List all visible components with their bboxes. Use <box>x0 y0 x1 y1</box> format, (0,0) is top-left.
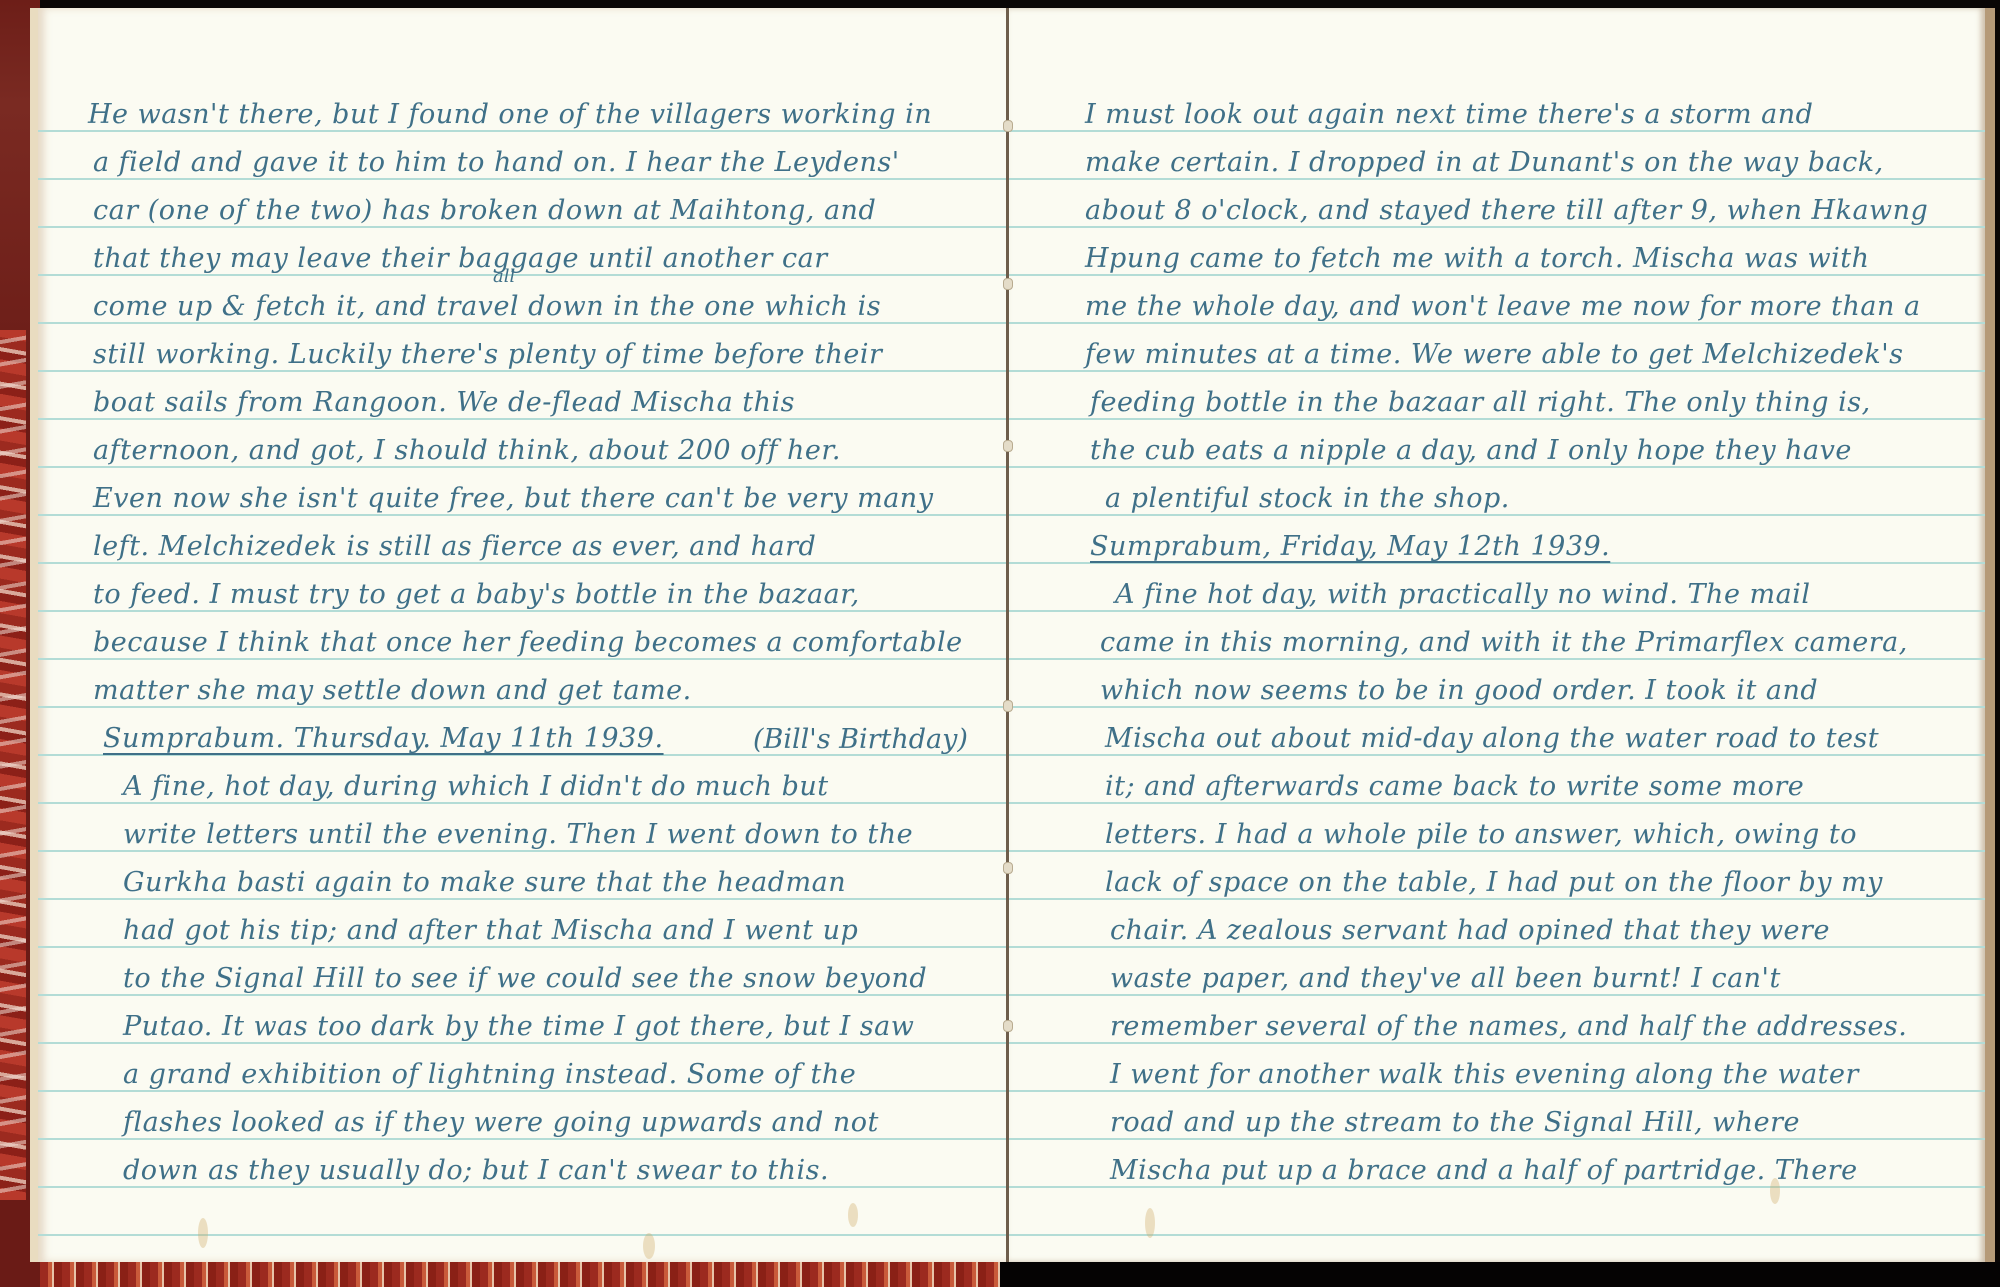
diary-line: to feed. I must try to get a baby's bott… <box>93 580 860 610</box>
background-shadow <box>1000 1262 2000 1287</box>
book-spine-gutter <box>1006 8 1009 1262</box>
diary-line: a grand exhibition of lightning instead.… <box>123 1060 856 1090</box>
diary-line: A fine, hot day, during which I didn't d… <box>123 772 829 802</box>
diary-line: the cub eats a nipple a day, and I only … <box>1090 436 1852 466</box>
diary-line: A fine hot day, with practically no wind… <box>1115 580 1810 610</box>
marbled-endpaper-edge <box>0 330 26 1200</box>
paper-stain <box>848 1203 858 1227</box>
binding-stitch <box>1003 1020 1013 1032</box>
diary-line: lack of space on the table, I had put on… <box>1105 868 1883 898</box>
diary-line: still working. Luckily there's plenty of… <box>93 340 882 370</box>
diary-line: afternoon, and got, I should think, abou… <box>93 436 841 466</box>
entry-heading-may-11: Sumprabum. Thursday. May 11th 1939. <box>103 724 664 754</box>
diary-line: me the whole day, and won't leave me now… <box>1085 292 1921 322</box>
binding-stitch <box>1003 862 1013 874</box>
diary-line: road and up the stream to the Signal Hil… <box>1110 1108 1800 1138</box>
paper-stain <box>198 1218 208 1248</box>
diary-line: make certain. I dropped in at Dunant's o… <box>1085 148 1884 178</box>
diary-line: remember several of the names, and half … <box>1110 1012 1907 1042</box>
entry-aside-note: (Bill's Birthday) <box>753 724 968 755</box>
binding-stitch <box>1003 120 1013 132</box>
diary-line: a plentiful stock in the shop. <box>1105 484 1510 514</box>
diary-line: I went for another walk this evening alo… <box>1110 1060 1859 1090</box>
diary-line: boat sails from Rangoon. We de-flead Mis… <box>93 388 795 418</box>
diary-line: left. Melchizedek is still as fierce as … <box>93 532 816 562</box>
left-page: He wasn't there, but I found one of the … <box>30 8 1018 1262</box>
diary-line: which now seems to be in good order. I t… <box>1100 676 1818 706</box>
diary-line: Mischa put up a brace and a half of part… <box>1110 1156 1858 1186</box>
diary-line: chair. A zealous servant had opined that… <box>1110 916 1830 946</box>
binding-stitch <box>1003 700 1013 712</box>
diary-line: Hpung came to fetch me with a torch. Mis… <box>1085 244 1870 274</box>
diary-line: flashes looked as if they were going upw… <box>123 1108 879 1138</box>
diary-line: matter she may settle down and get tame. <box>93 676 692 706</box>
marbled-endpaper-bottom <box>40 1262 1000 1287</box>
diary-line: come up & fetch it, and travel down in t… <box>93 292 881 322</box>
diary-line: few minutes at a time. We were able to g… <box>1085 340 1904 370</box>
diary-line: about 8 o'clock, and stayed there till a… <box>1085 196 1928 226</box>
diary-line: Mischa out about mid-day along the water… <box>1105 724 1879 754</box>
diary-line: waste paper, and they've all been burnt!… <box>1110 964 1781 994</box>
diary-line: to the Signal Hill to see if we could se… <box>123 964 927 994</box>
diary-line: feeding bottle in the bazaar all right. … <box>1090 388 1871 418</box>
diary-line: down as they usually do; but I can't swe… <box>123 1156 829 1186</box>
diary-line: I must look out again next time there's … <box>1085 100 1813 130</box>
entry-heading-may-12: Sumprabum, Friday, May 12th 1939. <box>1090 532 1610 562</box>
diary-line: had got his tip; and after that Mischa a… <box>123 916 858 946</box>
diary-line: write letters until the evening. Then I … <box>123 820 913 850</box>
diary-line: it; and afterwards came back to write so… <box>1105 772 1804 802</box>
diary-line: that they may leave their baggage until … <box>93 244 828 274</box>
diary-line: because I think that once her feeding be… <box>93 628 963 658</box>
diary-line: car (one of the two) has broken down at … <box>93 196 876 226</box>
paper-stain <box>1145 1208 1155 1238</box>
diary-line: came in this morning, and with it the Pr… <box>1100 628 1908 658</box>
binding-stitch <box>1003 278 1013 290</box>
insertion-mark: all <box>493 266 515 287</box>
paper-stain <box>643 1233 655 1259</box>
binding-stitch <box>1003 440 1013 452</box>
diary-line: Even now she isn't quite free, but there… <box>93 484 933 514</box>
right-page: I must look out again next time there's … <box>1010 8 1995 1262</box>
diary-line: letters. I had a whole pile to answer, w… <box>1105 820 1857 850</box>
diary-line: Putao. It was too dark by the time I got… <box>123 1012 914 1042</box>
diary-line: Gurkha basti again to make sure that the… <box>123 868 846 898</box>
diary-line: a field and gave it to him to hand on. I… <box>93 148 900 178</box>
diary-line: He wasn't there, but I found one of the … <box>88 100 932 130</box>
